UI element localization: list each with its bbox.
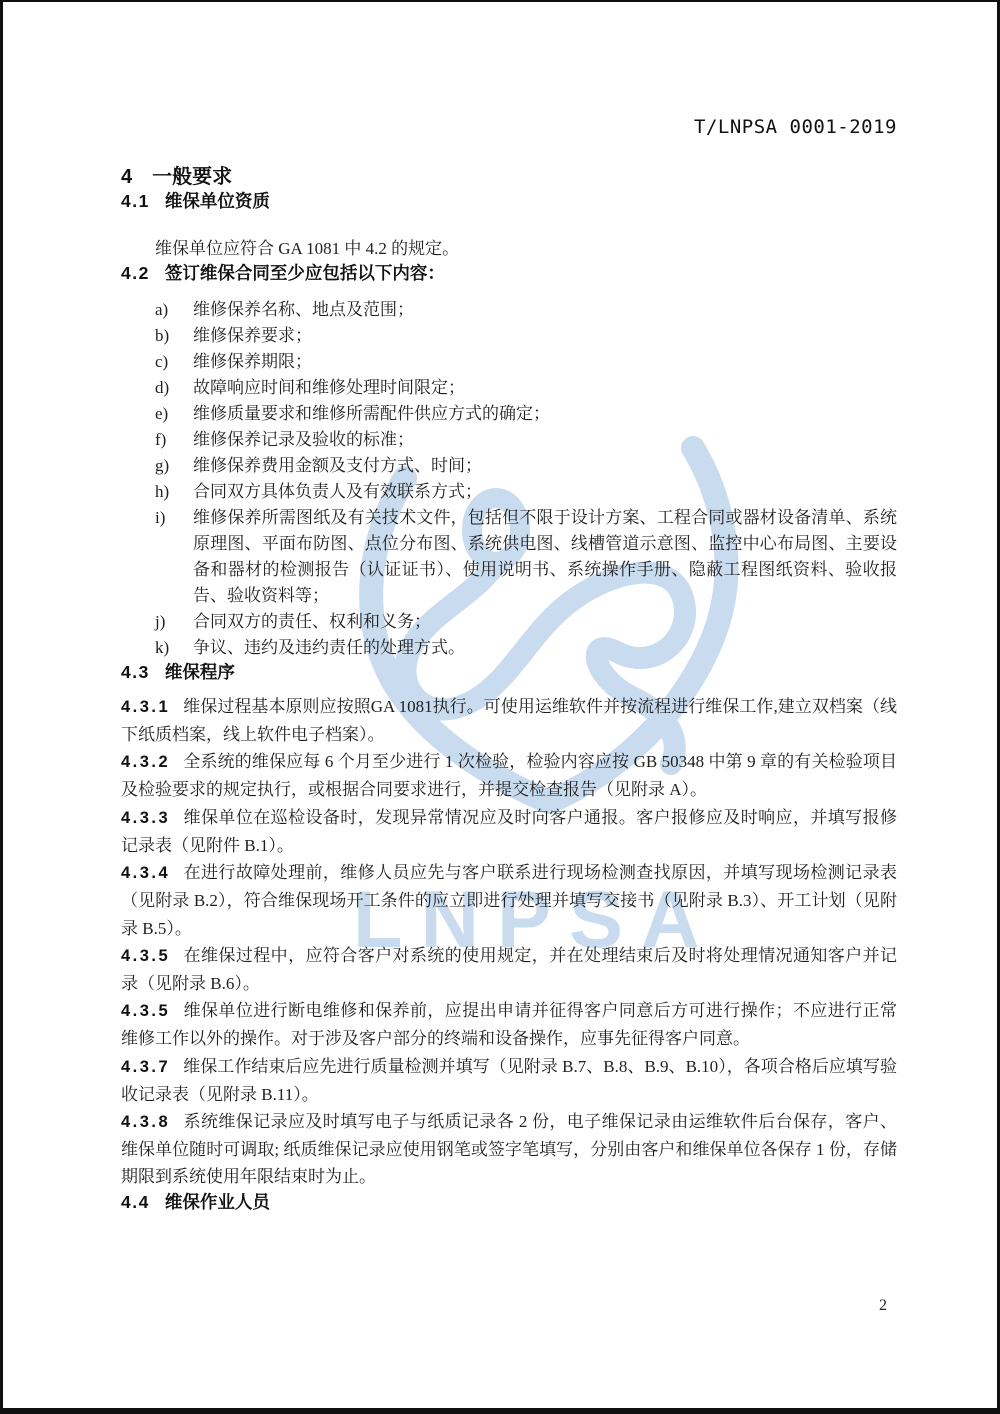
list-item-text: 故障响应时间和维修处理时间限定； (193, 375, 897, 401)
list-item: c)维修保养期限； (121, 349, 897, 375)
list-item: j)合同双方的责任、权利和义务； (121, 609, 897, 635)
paragraph-4-1: 维保单位应符合 GA 1081 中 4.2 的规定。 (121, 235, 897, 262)
list-item-label: a) (155, 297, 193, 323)
contract-items-list: a)维修保养名称、地点及范围； b)维修保养要求； c)维修保养期限； d)故障… (121, 297, 897, 661)
list-item-label: h) (155, 479, 193, 505)
list-item-text: 维修保养期限； (193, 349, 897, 375)
clause-number: 4.3.3 (121, 809, 170, 827)
list-item-text: 维修保养所需图纸及有关技术文件，包括但不限于设计方案、工程合同或器材设备清单、系… (193, 505, 897, 609)
section-number: 4.1 (121, 191, 150, 211)
chapter-heading: 4一般要求 (121, 164, 897, 190)
clause-text: 维保工作结束后应先进行质量检测并填写（见附录 B.7、B.8、B.9、B.10）… (121, 1057, 897, 1104)
clause: 4.3.7维保工作结束后应先进行质量检测并填写（见附录 B.7、B.8、B.9、… (121, 1053, 897, 1108)
list-item-text: 维修保养记录及验收的标准； (193, 427, 897, 453)
clause: 4.3.5在维保过程中，应符合客户对系统的使用规定，并在处理结束后及时将处理情况… (121, 942, 897, 997)
clause-number: 4.3.5 (121, 1002, 170, 1020)
clause: 4.3.5维保单位进行断电维修和保养前，应提出申请并征得客户同意后方可进行操作；… (121, 997, 897, 1052)
clause-text: 全系统的维保应每 6 个月至少进行 1 次检验，检验内容应按 GB 50348 … (121, 752, 897, 799)
list-item-text: 合同双方的责任、权利和义务； (193, 609, 897, 635)
list-item-label: b) (155, 323, 193, 349)
clause-text: 在进行故障处理前，维修人员应先与客户联系进行现场检测查找原因，并填写现场检测记录… (121, 863, 897, 937)
list-item: i)维修保养所需图纸及有关技术文件，包括但不限于设计方案、工程合同或器材设备清单… (121, 505, 897, 609)
page-number: 2 (879, 1297, 887, 1315)
clause: 4.3.1维保过程基本原则应按照GA 1081执行。可使用运维软件并按流程进行维… (121, 693, 897, 748)
list-item-label: j) (155, 609, 193, 635)
list-item-text: 维修质量要求和维修所需配件供应方式的确定； (193, 401, 897, 427)
chapter-title: 一般要求 (152, 166, 232, 188)
list-item-label: f) (155, 427, 193, 453)
clause-number: 4.3.2 (121, 753, 170, 771)
list-item-text: 维修保养费用金额及支付方式、时间； (193, 453, 897, 479)
clause-text: 系统维保记录应及时填写电子与纸质记录各 2 份，电子维保记录由运维软件后台保存，… (121, 1112, 897, 1186)
list-item: g)维修保养费用金额及支付方式、时间； (121, 453, 897, 479)
section-heading-4-1: 4.1维保单位资质 (121, 190, 897, 214)
list-item-label: e) (155, 401, 193, 427)
list-item-text: 维修保养名称、地点及范围； (193, 297, 897, 323)
clause: 4.3.4在进行故障处理前，维修人员应先与客户联系进行现场检测查找原因，并填写现… (121, 859, 897, 942)
list-item: d)故障响应时间和维修处理时间限定； (121, 375, 897, 401)
list-item-text: 争议、违约及违约责任的处理方式。 (193, 635, 897, 661)
list-item: k)争议、违约及违约责任的处理方式。 (121, 635, 897, 661)
document-page: LNPSA T/LNPSA 0001-2019 4一般要求 4.1维保单位资质 … (0, 0, 1000, 1414)
clause-text: 维保单位进行断电维修和保养前，应提出申请并征得客户同意后方可进行操作；不应进行正… (121, 1001, 897, 1048)
section-heading-4-2: 4.2签订维保合同至少应包括以下内容： (121, 262, 897, 286)
clause-text: 维保过程基本原则应按照GA 1081执行。可使用运维软件并按流程进行维保工作,建… (121, 697, 897, 744)
list-item: e)维修质量要求和维修所需配件供应方式的确定； (121, 401, 897, 427)
section-title: 维保作业人员 (165, 1192, 270, 1212)
list-item: b)维修保养要求； (121, 323, 897, 349)
list-item-label: c) (155, 349, 193, 375)
chapter-number: 4 (121, 166, 132, 188)
section-title: 签订维保合同至少应包括以下内容： (165, 263, 445, 283)
clause: 4.3.8系统维保记录应及时填写电子与纸质记录各 2 份，电子维保记录由运维软件… (121, 1108, 897, 1191)
clause-number: 4.3.8 (121, 1113, 170, 1131)
list-item-label: g) (155, 453, 193, 479)
section-number: 4.2 (121, 263, 150, 283)
clause: 4.3.3维保单位在巡检设备时，发现异常情况应及时向客户通报。客户报修应及时响应… (121, 804, 897, 859)
list-item-text: 维修保养要求； (193, 323, 897, 349)
clause: 4.3.2全系统的维保应每 6 个月至少进行 1 次检验，检验内容应按 GB 5… (121, 748, 897, 803)
clause-number: 4.3.4 (121, 864, 170, 882)
section-heading-4-3: 4.3维保程序 (121, 661, 897, 685)
list-item: a)维修保养名称、地点及范围； (121, 297, 897, 323)
list-item-label: d) (155, 375, 193, 401)
clause-number: 4.3.5 (121, 947, 170, 965)
clause-number: 4.3.1 (121, 698, 170, 716)
standard-number: T/LNPSA 0001-2019 (121, 2, 897, 138)
clause-text: 维保单位在巡检设备时，发现异常情况应及时向客户通报。客户报修应及时响应，并填写报… (121, 808, 897, 855)
section-title: 维保单位资质 (165, 191, 270, 211)
section-number: 4.4 (121, 1192, 150, 1212)
list-item: f)维修保养记录及验收的标准； (121, 427, 897, 453)
list-item: h)合同双方具体负责人及有效联系方式； (121, 479, 897, 505)
list-item-label: i) (155, 505, 193, 609)
clauses-4-3: 4.3.1维保过程基本原则应按照GA 1081执行。可使用运维软件并按流程进行维… (121, 693, 897, 1191)
clause-number: 4.3.7 (121, 1058, 170, 1076)
clause-text: 在维保过程中，应符合客户对系统的使用规定，并在处理结束后及时将处理情况通知客户并… (121, 946, 897, 993)
section-heading-4-4: 4.4维保作业人员 (121, 1191, 897, 1215)
page-content: T/LNPSA 0001-2019 4一般要求 4.1维保单位资质 维保单位应符… (3, 2, 997, 1214)
section-number: 4.3 (121, 662, 150, 682)
list-item-text: 合同双方具体负责人及有效联系方式； (193, 479, 897, 505)
section-title: 维保程序 (165, 662, 235, 682)
list-item-label: k) (155, 635, 193, 661)
